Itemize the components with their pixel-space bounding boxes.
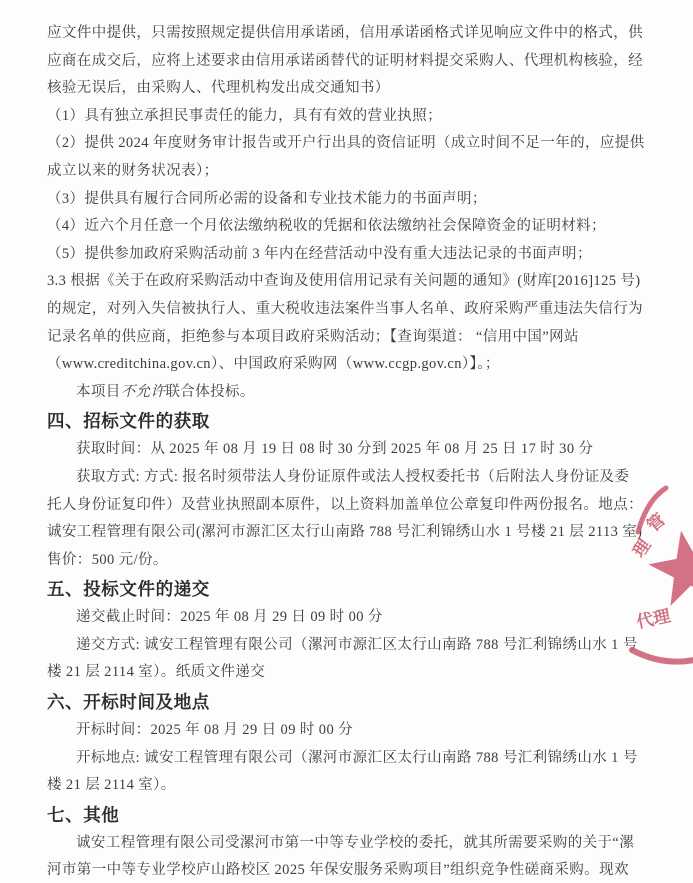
emphasized-text: 不允许 — [121, 384, 166, 400]
text-segment: 开标时间：2025 年 08 月 29 日 09 时 00 分 — [76, 722, 353, 738]
text-segment: 七、其他 — [47, 805, 119, 825]
text-line: 诚安工程管理有限公司受漯河市第一中等专业学校的委托，就其所需要采购的关于“漯 — [47, 830, 645, 858]
text-segment: 递交截止时间：2025 年 08 月 29 日 09 时 00 分 — [76, 609, 383, 625]
text-segment: （4）近六个月任意一个月依法缴纳税收的凭据和依法缴纳社会保障资金的证明材料； — [47, 218, 606, 234]
text-segment: 递交方式: 诚安工程管理有限公司（漯河市源汇区太行山南路 788 号汇利锦绣山水… — [76, 637, 638, 653]
text-segment: 联合体投标。 — [165, 384, 254, 400]
text-segment: （1）具有独立承担民事责任的能力，具有有效的营业执照； — [47, 108, 442, 124]
text-line: 诚安工程管理有限公司(漯河市源汇区太行山南路 788 号汇利锦绣山水 1 号楼 … — [47, 519, 645, 547]
text-segment: 应文件中提供，只需按照规定提供信用承诺函，信用承诺函格式详见响应文件中的格式，供 — [47, 25, 643, 41]
text-line: 楼 21 层 2114 室）。纸质文件递交 — [47, 659, 645, 687]
text-line: 楼 21 层 2114 室）。 — [47, 772, 645, 800]
text-line: （3）提供具有履行合同所必需的设备和专业技术能力的书面声明； — [47, 186, 645, 214]
text-line: 开标时间：2025 年 08 月 29 日 09 时 00 分 — [47, 717, 645, 745]
text-segment: 楼 21 层 2114 室）。 — [47, 777, 176, 793]
text-segment: 应商在成交后，应将上述要求由信用承诺函替代的证明材料提交采购人、代理机构核验，经 — [47, 53, 643, 69]
text-segment: 售价：500 元/份。 — [47, 552, 168, 568]
text-line: 核验无误后，由采购人、代理机构发出成交通知书） — [47, 75, 645, 103]
text-segment: 托人身份证复印件）及营业执照副本原件，以上资料加盖单位公章复印件两份报名。地点： — [47, 497, 643, 513]
text-segment: （3）提供具有履行合同所必需的设备和专业技术能力的书面声明； — [47, 191, 487, 207]
text-line: 成立以来的财务状况表）； — [47, 158, 645, 186]
text-line: 应文件中提供，只需按照规定提供信用承诺函，信用承诺函格式详见响应文件中的格式，供 — [47, 20, 645, 48]
text-line: （2）提供 2024 年度财务审计报告或开户行出具的资信证明（成立时间不足一年的… — [47, 130, 645, 158]
text-line: 递交截止时间：2025 年 08 月 29 日 09 时 00 分 — [47, 604, 645, 632]
text-segment: 本项目 — [76, 384, 121, 400]
text-segment: 楼 21 层 2114 室）。纸质文件递交 — [47, 664, 265, 680]
text-segment: 河市第一中等专业学校庐山路校区 2025 年保安服务采购项目”组织竞争性磋商采购… — [47, 862, 629, 878]
document-page: 应文件中提供，只需按照规定提供信用承诺函，信用承诺函格式详见响应文件中的格式，供… — [0, 0, 693, 883]
text-line: 3.3 根据《关于在政府采购活动中查询及使用信用记录有关问题的通知》(财库[20… — [47, 268, 645, 296]
text-segment: （www.creditchina.gov.cn）、中国政府采购网（www.ccg… — [47, 356, 500, 372]
text-line: 应商在成交后，应将上述要求由信用承诺函替代的证明材料提交采购人、代理机构核验，经 — [47, 48, 645, 76]
text-line: 的规定，对列入失信被执行人、重大税收违法案件当事人名单、政府采购严重违法失信行为 — [47, 296, 645, 324]
text-line: （www.creditchina.gov.cn）、中国政府采购网（www.ccg… — [47, 351, 645, 379]
section-heading: 七、其他 — [47, 800, 645, 830]
section-heading: 四、招标文件的获取 — [47, 406, 645, 436]
text-line: （4）近六个月任意一个月依法缴纳税收的凭据和依法缴纳社会保障资金的证明材料； — [47, 213, 645, 241]
text-segment: 开标地点: 诚安工程管理有限公司（漯河市源汇区太行山南路 788 号汇利锦绣山水… — [76, 750, 638, 766]
text-segment: 3.3 根据《关于在政府采购活动中查询及使用信用记录有关问题的通知》(财库[20… — [47, 273, 641, 289]
text-line: 递交方式: 诚安工程管理有限公司（漯河市源汇区太行山南路 788 号汇利锦绣山水… — [47, 632, 645, 660]
section-heading: 五、投标文件的递交 — [47, 574, 645, 604]
text-segment: 六、开标时间及地点 — [47, 692, 210, 712]
text-line: 本项目不允许联合体投标。 — [47, 379, 645, 407]
text-line: 河市第一中等专业学校庐山路校区 2025 年保安服务采购项目”组织竞争性磋商采购… — [47, 857, 645, 883]
text-segment: 五、投标文件的递交 — [47, 579, 210, 599]
text-line: 售价：500 元/份。 — [47, 547, 645, 575]
text-line: 托人身份证复印件）及营业执照副本原件，以上资料加盖单位公章复印件两份报名。地点： — [47, 492, 645, 520]
text-segment: 的规定，对列入失信被执行人、重大税收违法案件当事人名单、政府采购严重违法失信行为 — [47, 301, 643, 317]
text-line: （1）具有独立承担民事责任的能力，具有有效的营业执照； — [47, 103, 645, 131]
text-line: （5）提供参加政府采购活动前 3 年内在经营活动中没有重大违法记录的书面声明； — [47, 241, 645, 269]
text-segment: 获取方式: 方式: 报名时须带法人身份证原件或法人授权委托书（后附法人身份证及委 — [76, 469, 629, 485]
text-segment: 核验无误后，由采购人、代理机构发出成交通知书） — [47, 80, 390, 96]
text-line: 获取方式: 方式: 报名时须带法人身份证原件或法人授权委托书（后附法人身份证及委 — [47, 464, 645, 492]
document-body: 应文件中提供，只需按照规定提供信用承诺函，信用承诺函格式详见响应文件中的格式，供… — [47, 20, 645, 883]
section-heading: 六、开标时间及地点 — [47, 687, 645, 717]
text-segment: （2）提供 2024 年度财务审计报告或开户行出具的资信证明（成立时间不足一年的… — [47, 135, 645, 151]
text-segment: 诚安工程管理有限公司(漯河市源汇区太行山南路 788 号汇利锦绣山水 1 号楼 … — [47, 524, 642, 540]
seal-star-icon — [643, 527, 693, 612]
text-segment: 记录名单的供应商，拒绝参与本项目政府采购活动；【查询渠道： “信用中国”网站 — [47, 329, 579, 345]
text-segment: 获取时间：从 2025 年 08 月 19 日 08 时 30 分到 2025 … — [76, 441, 593, 457]
text-segment: 诚安工程管理有限公司受漯河市第一中等专业学校的委托，就其所需要采购的关于“漯 — [76, 835, 634, 851]
text-line: 开标地点: 诚安工程管理有限公司（漯河市源汇区太行山南路 788 号汇利锦绣山水… — [47, 745, 645, 773]
text-line: 获取时间：从 2025 年 08 月 19 日 08 时 30 分到 2025 … — [47, 436, 645, 464]
text-line: 记录名单的供应商，拒绝参与本项目政府采购活动；【查询渠道： “信用中国”网站 — [47, 324, 645, 352]
text-segment: （5）提供参加政府采购活动前 3 年内在经营活动中没有重大违法记录的书面声明； — [47, 246, 592, 262]
text-segment: 成立以来的财务状况表）； — [47, 163, 219, 179]
text-segment: 四、招标文件的获取 — [47, 411, 210, 431]
seal-arc-char-upper: 管 — [643, 509, 669, 535]
